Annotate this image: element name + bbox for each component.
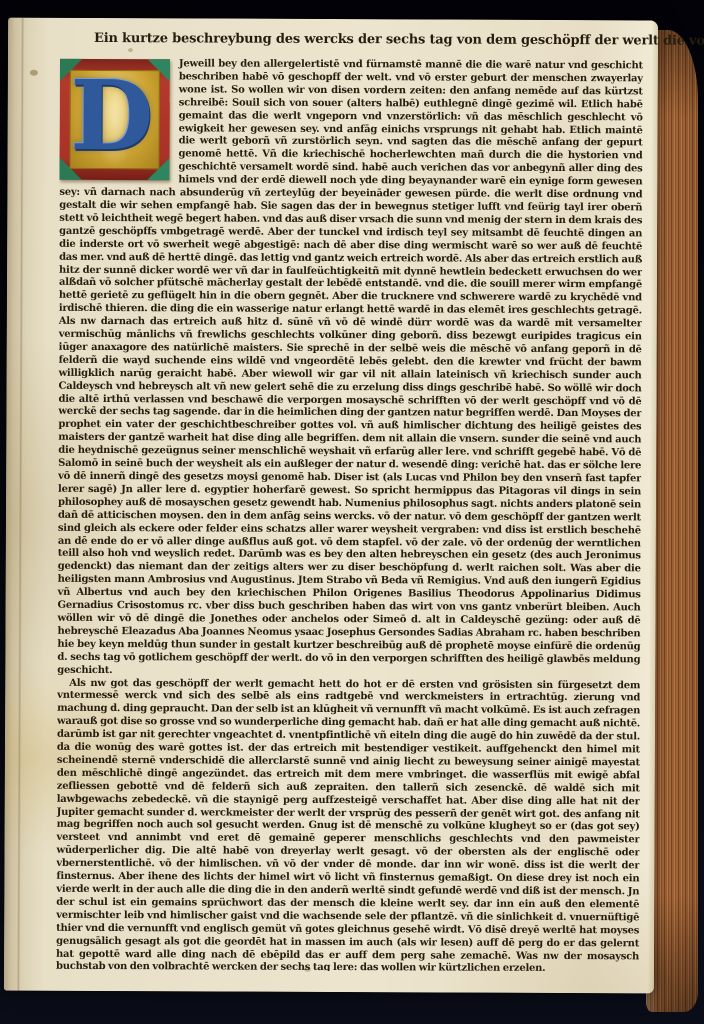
manuscript-page: Ein kurtze beschreybung des wercks der s…: [4, 18, 658, 994]
paragraph-second: Als nw got das geschöpff der werlt gemac…: [56, 677, 640, 972]
initial-letter: D: [59, 58, 164, 180]
body-text-block: D Jeweill bey den allergelertistē vnd fü…: [56, 58, 643, 973]
paper-stain: [128, 48, 133, 52]
page-gutter-crease: [17, 18, 24, 991]
running-header: Ein kurtze beschreybung des wercks der s…: [94, 31, 640, 48]
header-title: Ein kurtze beschreybung des wercks der s…: [94, 31, 704, 49]
book-photo-scene: Ein kurtze beschreybung des wercks der s…: [0, 0, 704, 1024]
paper-stain: [30, 70, 38, 76]
illuminated-initial-D: D: [59, 59, 170, 180]
